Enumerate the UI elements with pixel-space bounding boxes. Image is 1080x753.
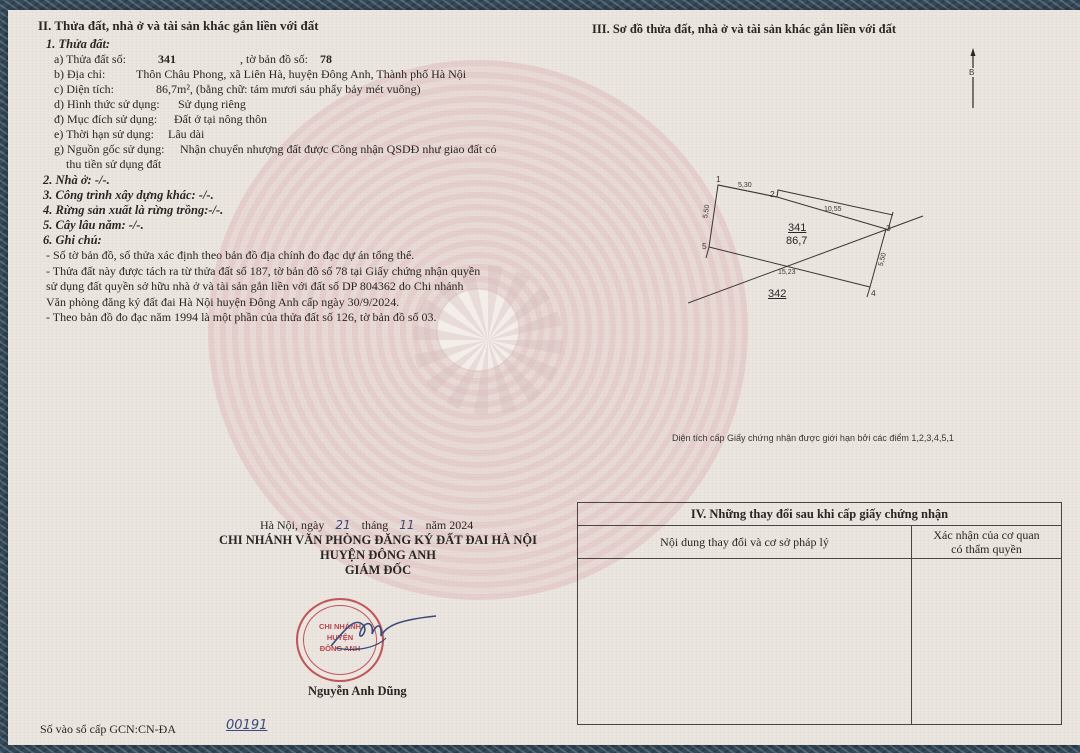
usage-form-label: d) Hình thức sử dụng: (54, 97, 160, 112)
plot-shape (688, 168, 938, 308)
forest-item: 4. Rừng sản xuất là rừng trồng:-/-. (43, 203, 223, 218)
perennial-item: 5. Cây lâu năm: -/-. (43, 218, 144, 233)
map-sheet-label: , tờ bản đồ số: (240, 52, 308, 67)
changes-table-header: Nội dung thay đổi và cơ sở pháp lý Xác n… (578, 526, 1061, 559)
plot-diagram: 1 2 3 4 5 5,30 10,55 5,50 15,23 5,50 341… (688, 168, 938, 308)
col-authority-confirmation: Xác nhận của cơ quan có thẩm quyền (912, 526, 1061, 558)
area-value: 86,7m², (bằng chữ: tám mươi sáu phẩy bảy… (156, 82, 421, 97)
month-label: tháng (362, 518, 389, 532)
changes-table-title: IV. Những thay đổi sau khi cấp giấy chứn… (578, 503, 1061, 526)
section-3-title: III. Sơ đồ thửa đất, nhà ở và tài sản kh… (592, 22, 896, 37)
col2-line-1: Xác nhận của cơ quan (912, 528, 1061, 542)
point-3: 3 (886, 223, 891, 233)
origin-label: g) Nguồn gốc sử dụng: (54, 142, 165, 157)
plot-area: 86,7 (786, 235, 807, 247)
note-item: - Số tờ bản đồ, số thửa xác định theo bả… (46, 248, 486, 264)
neighbor-parcel: 342 (768, 288, 786, 300)
registry-number: 00191 (226, 718, 267, 733)
point-1: 1 (716, 174, 721, 184)
plot-caption: Diện tích cấp Giấy chứng nhận được giới … (672, 433, 954, 443)
edge-1-2: 5,30 (738, 182, 752, 189)
north-arrow: B (966, 48, 980, 108)
edge-2-3: 10,55 (824, 206, 842, 213)
land-heading: 1. Thửa đất: (46, 37, 110, 52)
date-day: 21 (335, 518, 350, 532)
signature-scribble (326, 608, 446, 658)
origin-value-line2: thu tiền sử dụng đất (66, 157, 161, 172)
parcel-label: a) Thửa đất số: (54, 52, 126, 67)
note-item: - Thửa đất này được tách ra từ thửa đất … (46, 264, 486, 311)
signer-name: Nguyễn Anh Dũng (308, 684, 407, 699)
edge-4-5: 15,23 (778, 269, 796, 276)
north-label: B (969, 68, 974, 77)
plot-parcel-number: 341 (788, 222, 806, 234)
year-label: năm 2024 (426, 518, 474, 532)
changes-table-body (578, 559, 1061, 724)
point-2: 2 (770, 189, 775, 199)
purpose-value: Đất ở tại nông thôn (174, 112, 267, 127)
registry-label: Số vào sổ cấp GCN:CN-ĐA (40, 722, 176, 737)
area-label: c) Diện tích: (54, 82, 114, 97)
purpose-label: đ) Mục đích sử dụng: (54, 112, 157, 127)
col-change-content: Nội dung thay đổi và cơ sở pháp lý (578, 526, 912, 558)
changes-table: IV. Những thay đổi sau khi cấp giấy chứn… (577, 502, 1062, 725)
other-construction-item: 3. Công trình xây dựng khác: -/-. (43, 188, 214, 203)
parcel-number: 341 (158, 52, 176, 67)
address-value: Thôn Châu Phong, xã Liên Hà, huyện Đông … (136, 67, 466, 82)
note-item: - Theo bản đồ đo đạc năm 1994 là một phầ… (46, 310, 486, 326)
notes-heading: 6. Ghi chú: (43, 233, 102, 248)
issue-date: Hà Nội, ngày 21 tháng 11 năm 2024 (260, 518, 473, 533)
origin-value-line1: Nhận chuyển nhượng đất được Công nhận QS… (180, 142, 496, 157)
date-prefix: Hà Nội, ngày (260, 518, 324, 532)
north-arrow-icon (966, 48, 980, 108)
term-value: Lâu dài (168, 127, 204, 142)
house-item: 2. Nhà ở: -/-. (43, 173, 110, 188)
section-2-title: II. Thửa đất, nhà ở và tài sản khác gắn … (38, 18, 319, 34)
term-label: e) Thời hạn sử dụng: (54, 127, 154, 142)
signer-title: GIÁM ĐỐC (198, 563, 558, 578)
address-label: b) Địa chỉ: (54, 67, 105, 82)
org-line-1: CHI NHÁNH VĂN PHÒNG ĐĂNG KÝ ĐẤT ĐAI HÀ N… (198, 533, 558, 548)
changes-cell-content (578, 559, 912, 724)
date-month: 11 (399, 518, 414, 532)
certificate-page: II. Thửa đất, nhà ở và tài sản khác gắn … (8, 10, 1080, 745)
point-4: 4 (871, 288, 876, 298)
col2-line-2: có thẩm quyền (912, 542, 1061, 556)
map-sheet-number: 78 (320, 52, 332, 67)
org-line-2: HUYỆN ĐÔNG ANH (198, 548, 558, 563)
usage-form-value: Sử dụng riêng (178, 97, 246, 112)
notes-list: - Số tờ bản đồ, số thửa xác định theo bả… (46, 248, 486, 326)
point-5: 5 (702, 241, 707, 251)
